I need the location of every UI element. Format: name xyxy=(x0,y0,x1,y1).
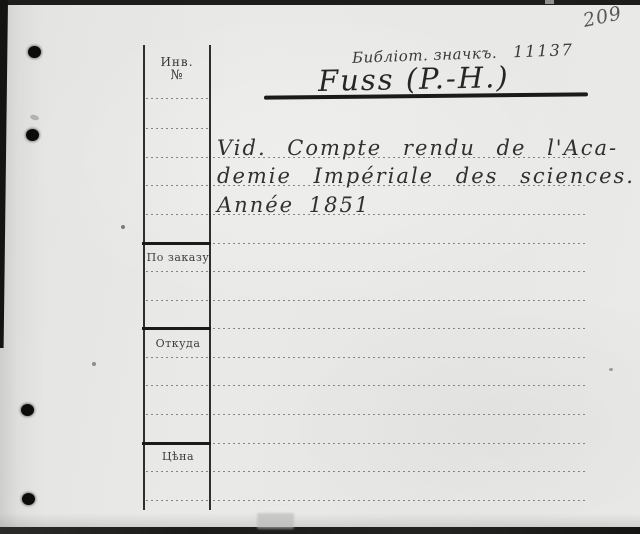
section-label-from-where: Откуда xyxy=(146,337,210,350)
section-border xyxy=(142,242,211,245)
library-mark-number: 11137 xyxy=(513,40,575,61)
ruled-line xyxy=(213,414,586,415)
column-ruled-line xyxy=(146,98,208,99)
paper-speck xyxy=(609,368,613,371)
punch-hole xyxy=(22,493,35,505)
column-ruled-line xyxy=(146,500,208,501)
column-ruled-line xyxy=(146,357,208,358)
inventory-label-line1: Инв. xyxy=(145,55,209,69)
page-number: 209 xyxy=(581,2,624,32)
section-border xyxy=(142,442,211,445)
section-label-price: Цѣна xyxy=(146,450,210,463)
ruled-line xyxy=(213,357,586,358)
column-ruled-line xyxy=(146,214,208,215)
column-ruled-line xyxy=(146,271,208,272)
ruled-line xyxy=(213,328,586,329)
ruled-line xyxy=(213,385,586,386)
table-vertical-line-left xyxy=(143,45,145,510)
paper-speck xyxy=(121,225,125,229)
column-header-inventory: Инв. № xyxy=(145,55,209,83)
column-ruled-line xyxy=(146,128,208,129)
paper-speck xyxy=(29,114,39,122)
punch-hole xyxy=(26,129,39,141)
ruled-line xyxy=(213,271,586,272)
punch-hole xyxy=(21,404,34,416)
scan-edge-notch xyxy=(545,0,554,4)
ruled-line xyxy=(213,443,586,444)
heading-underline xyxy=(264,92,588,99)
section-label-by-order: По заказу xyxy=(146,251,210,264)
punch-hole xyxy=(28,46,41,58)
column-ruled-line xyxy=(146,414,208,415)
section-border xyxy=(142,327,211,330)
column-ruled-line xyxy=(146,300,208,301)
scan-edge-left xyxy=(0,0,8,348)
column-ruled-line xyxy=(146,385,208,386)
column-ruled-line xyxy=(146,157,208,158)
catalog-card-scan: Инв. № По заказу Откуда Цѣна 209 Библіот… xyxy=(0,0,640,534)
ruled-line xyxy=(213,471,586,472)
ink-smudge xyxy=(257,513,294,529)
entry-line-3: Année 1851 xyxy=(217,193,370,218)
ruled-line xyxy=(213,300,586,301)
column-ruled-line xyxy=(146,185,208,186)
column-ruled-line xyxy=(146,471,208,472)
scan-edge-top xyxy=(0,0,640,5)
scan-edge-bottom xyxy=(0,527,640,534)
author-heading: Fuss (P.-H.) xyxy=(318,60,510,98)
scan-bottom-shadow xyxy=(0,513,640,527)
entry-line-1: Vid. Compte rendu de l'Aca- xyxy=(217,136,618,161)
paper-speck xyxy=(92,362,96,366)
inventory-label-line2: № xyxy=(145,69,209,83)
ruled-line xyxy=(213,243,586,244)
table-vertical-line-right xyxy=(209,45,211,510)
entry-line-2: demie Impériale des sciences. xyxy=(217,164,635,189)
ruled-line xyxy=(213,500,586,501)
